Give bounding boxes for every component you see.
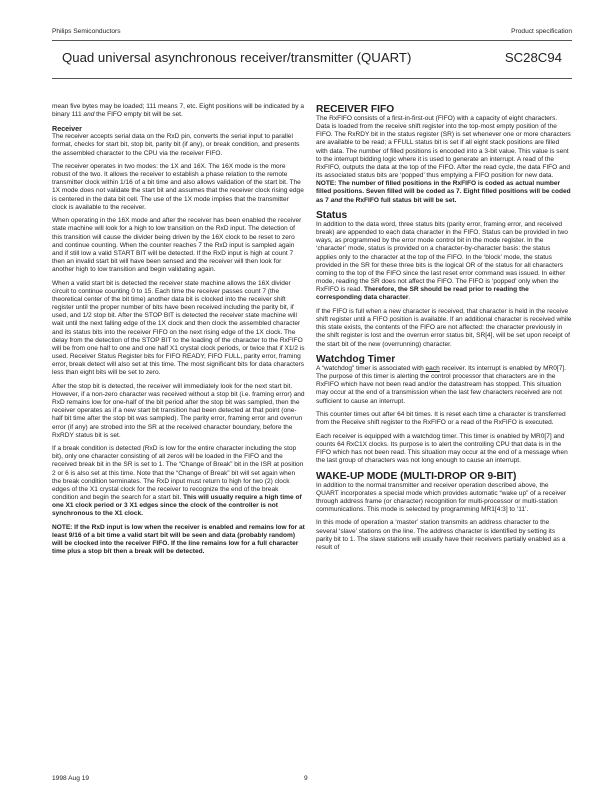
document-title: Quad universal asynchronous receiver/tra… bbox=[62, 50, 411, 65]
document-type: Product specification bbox=[511, 28, 572, 35]
status-paragraph-2: If the FIFO is full when a new character… bbox=[316, 308, 572, 349]
part-number: SC28C94 bbox=[505, 50, 562, 65]
page-number: 9 bbox=[304, 775, 308, 782]
intro-paragraph: mean five bytes may be loaded; 111 means… bbox=[52, 103, 305, 119]
receiver-paragraph-2: The receiver operates in two modes: the … bbox=[52, 163, 305, 212]
receiver-fifo-paragraph: The RxFIFO consists of a first-in-first-… bbox=[316, 115, 572, 180]
watchdog-paragraph-2: This counter times out after 64 bit time… bbox=[316, 411, 572, 427]
company-name: Philips Semiconductors bbox=[52, 28, 121, 35]
header-rule-top bbox=[52, 40, 572, 41]
footer-date: 1998 Aug 19 bbox=[52, 775, 89, 782]
wakeup-paragraph-2: In this mode of operation a ‘master’ sta… bbox=[316, 519, 572, 552]
right-column: RECEIVER FIFO The RxFIFO consists of a f… bbox=[316, 104, 572, 557]
watchdog-paragraph-1: A “watchdog” timer is associated with ea… bbox=[316, 365, 572, 406]
receiver-paragraph-1: The receiver accepts serial data on the … bbox=[52, 133, 305, 157]
wakeup-paragraph-1: In addition to the normal transmitter an… bbox=[316, 482, 572, 515]
left-column: mean five bytes may be loaded; 111 means… bbox=[52, 103, 305, 562]
wakeup-mode-heading: WAKE-UP MODE (MULTI-DROP OR 9-BIT) bbox=[316, 471, 572, 482]
header-rule-bottom bbox=[52, 78, 572, 79]
receiver-paragraph-3: When operating in the 16X mode and after… bbox=[52, 217, 305, 274]
watchdog-paragraph-3: Each receiver is equipped with a watchdo… bbox=[316, 433, 572, 466]
status-heading: Status bbox=[316, 210, 572, 221]
receiver-paragraph-5: After the stop bit is detected, the rece… bbox=[52, 383, 305, 440]
receiver-note: NOTE: If the RxD input is low when the r… bbox=[52, 524, 305, 557]
running-header: Philips Semiconductors Product specifica… bbox=[52, 26, 572, 40]
receiver-paragraph-4: When a valid start bit is detected the r… bbox=[52, 280, 305, 378]
watchdog-heading: Watchdog Timer bbox=[316, 354, 572, 365]
status-paragraph-1: In addition to the data word, three stat… bbox=[316, 221, 572, 303]
receiver-heading: Receiver bbox=[52, 125, 305, 134]
receiver-fifo-note: NOTE: The number of filled positions in … bbox=[316, 180, 572, 204]
break-condition-paragraph: If a break condition is detected (RxD is… bbox=[52, 445, 305, 518]
receiver-fifo-heading: RECEIVER FIFO bbox=[316, 104, 572, 115]
